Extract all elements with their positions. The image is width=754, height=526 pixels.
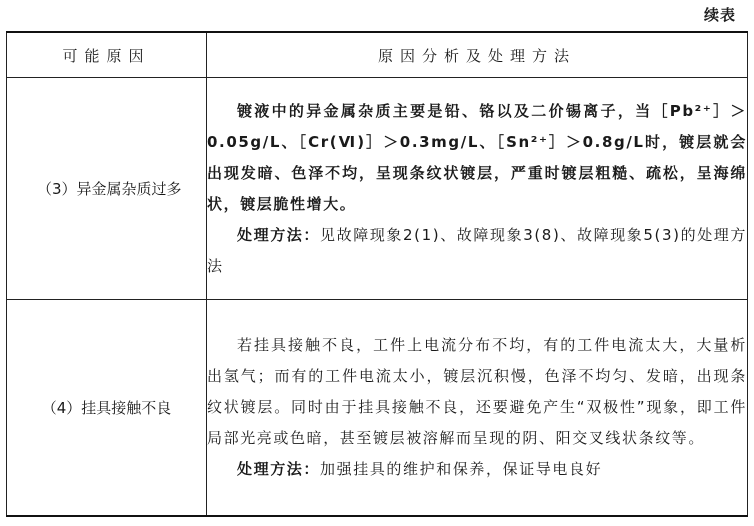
continued-table-label: 续表 [704,4,736,25]
method-label: 处理方法： [237,226,320,244]
header-analysis-method: 原因分析及处理方法 [207,32,748,78]
method-label: 处理方法： [237,460,320,478]
method-paragraph: 处理方法：见故障现象2(1)、故障现象3(8)、故障现象5(3)的处理方法 [207,220,747,282]
analysis-cell: 若挂具接触不良，工件上电流分布不均，有的工件电流太大，大量析出氢气；而有的工件电… [207,300,748,517]
table-header-row: 可能原因 原因分析及处理方法 [7,32,748,78]
table-row: （3）异金属杂质过多 镀液中的异金属杂质主要是铅、铬以及二价锡离子，当［Pb²⁺… [7,78,748,300]
analysis-cell: 镀液中的异金属杂质主要是铅、铬以及二价锡离子，当［Pb²⁺］＞0.05g/L、［… [207,78,748,300]
analysis-text: 若挂具接触不良，工件上电流分布不均，有的工件电流太大，大量析出氢气；而有的工件电… [207,330,747,454]
method-paragraph: 处理方法：加强挂具的维护和保养，保证导电良好 [207,454,747,485]
header-possible-cause: 可能原因 [7,32,207,78]
table-row: （4）挂具接触不良 若挂具接触不良，工件上电流分布不均，有的工件电流太大，大量析… [7,300,748,517]
analysis-text: 镀液中的异金属杂质主要是铅、铬以及二价锡离子，当［Pb²⁺］＞0.05g/L、［… [207,96,747,220]
fault-analysis-table: 可能原因 原因分析及处理方法 （3）异金属杂质过多 镀液中的异金属杂质主要是铅、… [6,31,748,517]
method-text: 加强挂具的维护和保养，保证导电良好 [320,460,602,478]
cause-cell: （3）异金属杂质过多 [7,78,207,300]
cause-cell: （4）挂具接触不良 [7,300,207,517]
